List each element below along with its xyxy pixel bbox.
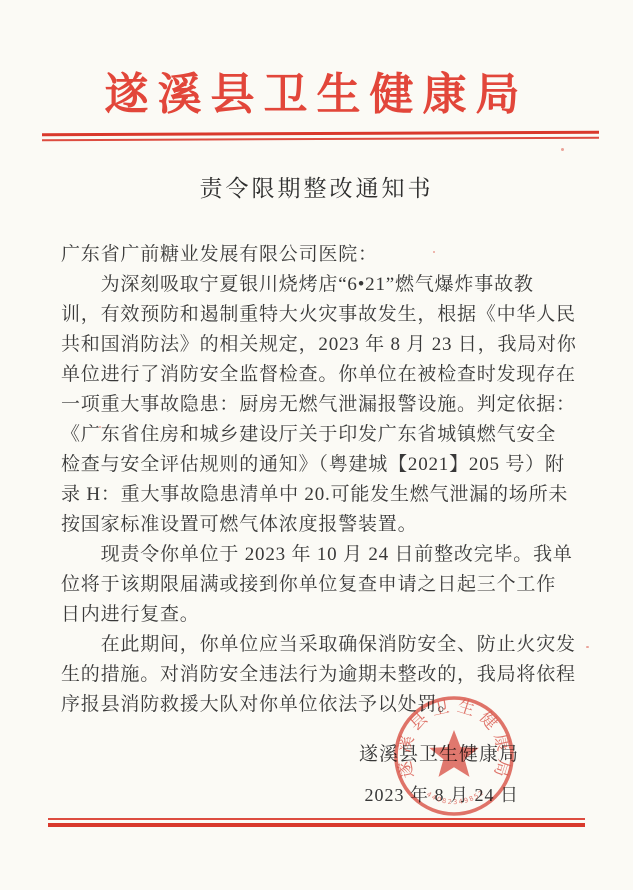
body-line: 单位进行了消防安全监督检查。你单位在被检查时发现存在: [61, 360, 579, 390]
body-line: 在此期间，你单位应当采取确保消防安全、防止火灾发: [61, 630, 579, 660]
scan-speck: [586, 646, 589, 648]
body-line: 录 H：重大事故隐患清单中 20.可能发生燃气泄漏的场所未: [61, 480, 579, 510]
document-body: 广东省广前糖业发展有限公司医院： 为深刻吸取宁夏银川烧烤店“6•21”燃气爆炸事…: [61, 240, 579, 720]
body-line: 按国家标准设置可燃气体浓度报警装置。: [61, 510, 579, 540]
body-line: 位将于该期限届满或接到你单位复查申请之日起三个工作: [61, 570, 579, 600]
body-line: 为深刻吸取宁夏银川烧烤店“6•21”燃气爆炸事故教: [61, 270, 579, 300]
footer-rule-thin: [48, 818, 585, 820]
document-page: 遂溪县卫生健康局 责令限期整改通知书 广东省广前糖业发展有限公司医院： 为深刻吸…: [0, 0, 633, 890]
body-line: 一项重大事故隐患：厨房无燃气泄漏报警设施。判定依据：: [61, 390, 579, 420]
body-line: 日内进行复查。: [61, 600, 579, 630]
body-line: 生的措施。对消防安全违法行为逾期未整改的，我局将依程: [61, 660, 579, 690]
body-line: 检查与安全评估规则的通知》（粤建城【2021】205 号）附: [61, 450, 579, 480]
scan-speck: [433, 251, 435, 253]
body-line: 现责令你单位于 2023 年 10 月 24 日前整改完毕。我单: [61, 540, 579, 570]
footer-rule-thick: [48, 823, 585, 827]
header-rule-thick: [42, 131, 599, 136]
body-line: 训，有效预防和遏制重特大火灾事故发生，根据《中华人民: [61, 300, 579, 330]
seal-star-icon: [429, 730, 479, 777]
official-seal-stamp: 遂溪县卫生健康局 4408234985243: [388, 694, 520, 820]
document-title: 责令限期整改通知书: [0, 170, 633, 203]
scan-speck: [561, 148, 564, 151]
salutation-line: 广东省广前糖业发展有限公司医院：: [61, 240, 579, 270]
body-line: 《广东省住房和城乡建设厅关于印发广东省城镇燃气安全: [61, 420, 579, 450]
letterhead-agency-name: 遂溪县卫生健康局: [0, 58, 633, 122]
scan-speck: [99, 426, 101, 428]
body-line: 共和国消防法》的相关规定，2023 年 8 月 23 日，我局对你: [61, 330, 579, 360]
header-rule-thin: [42, 137, 599, 141]
